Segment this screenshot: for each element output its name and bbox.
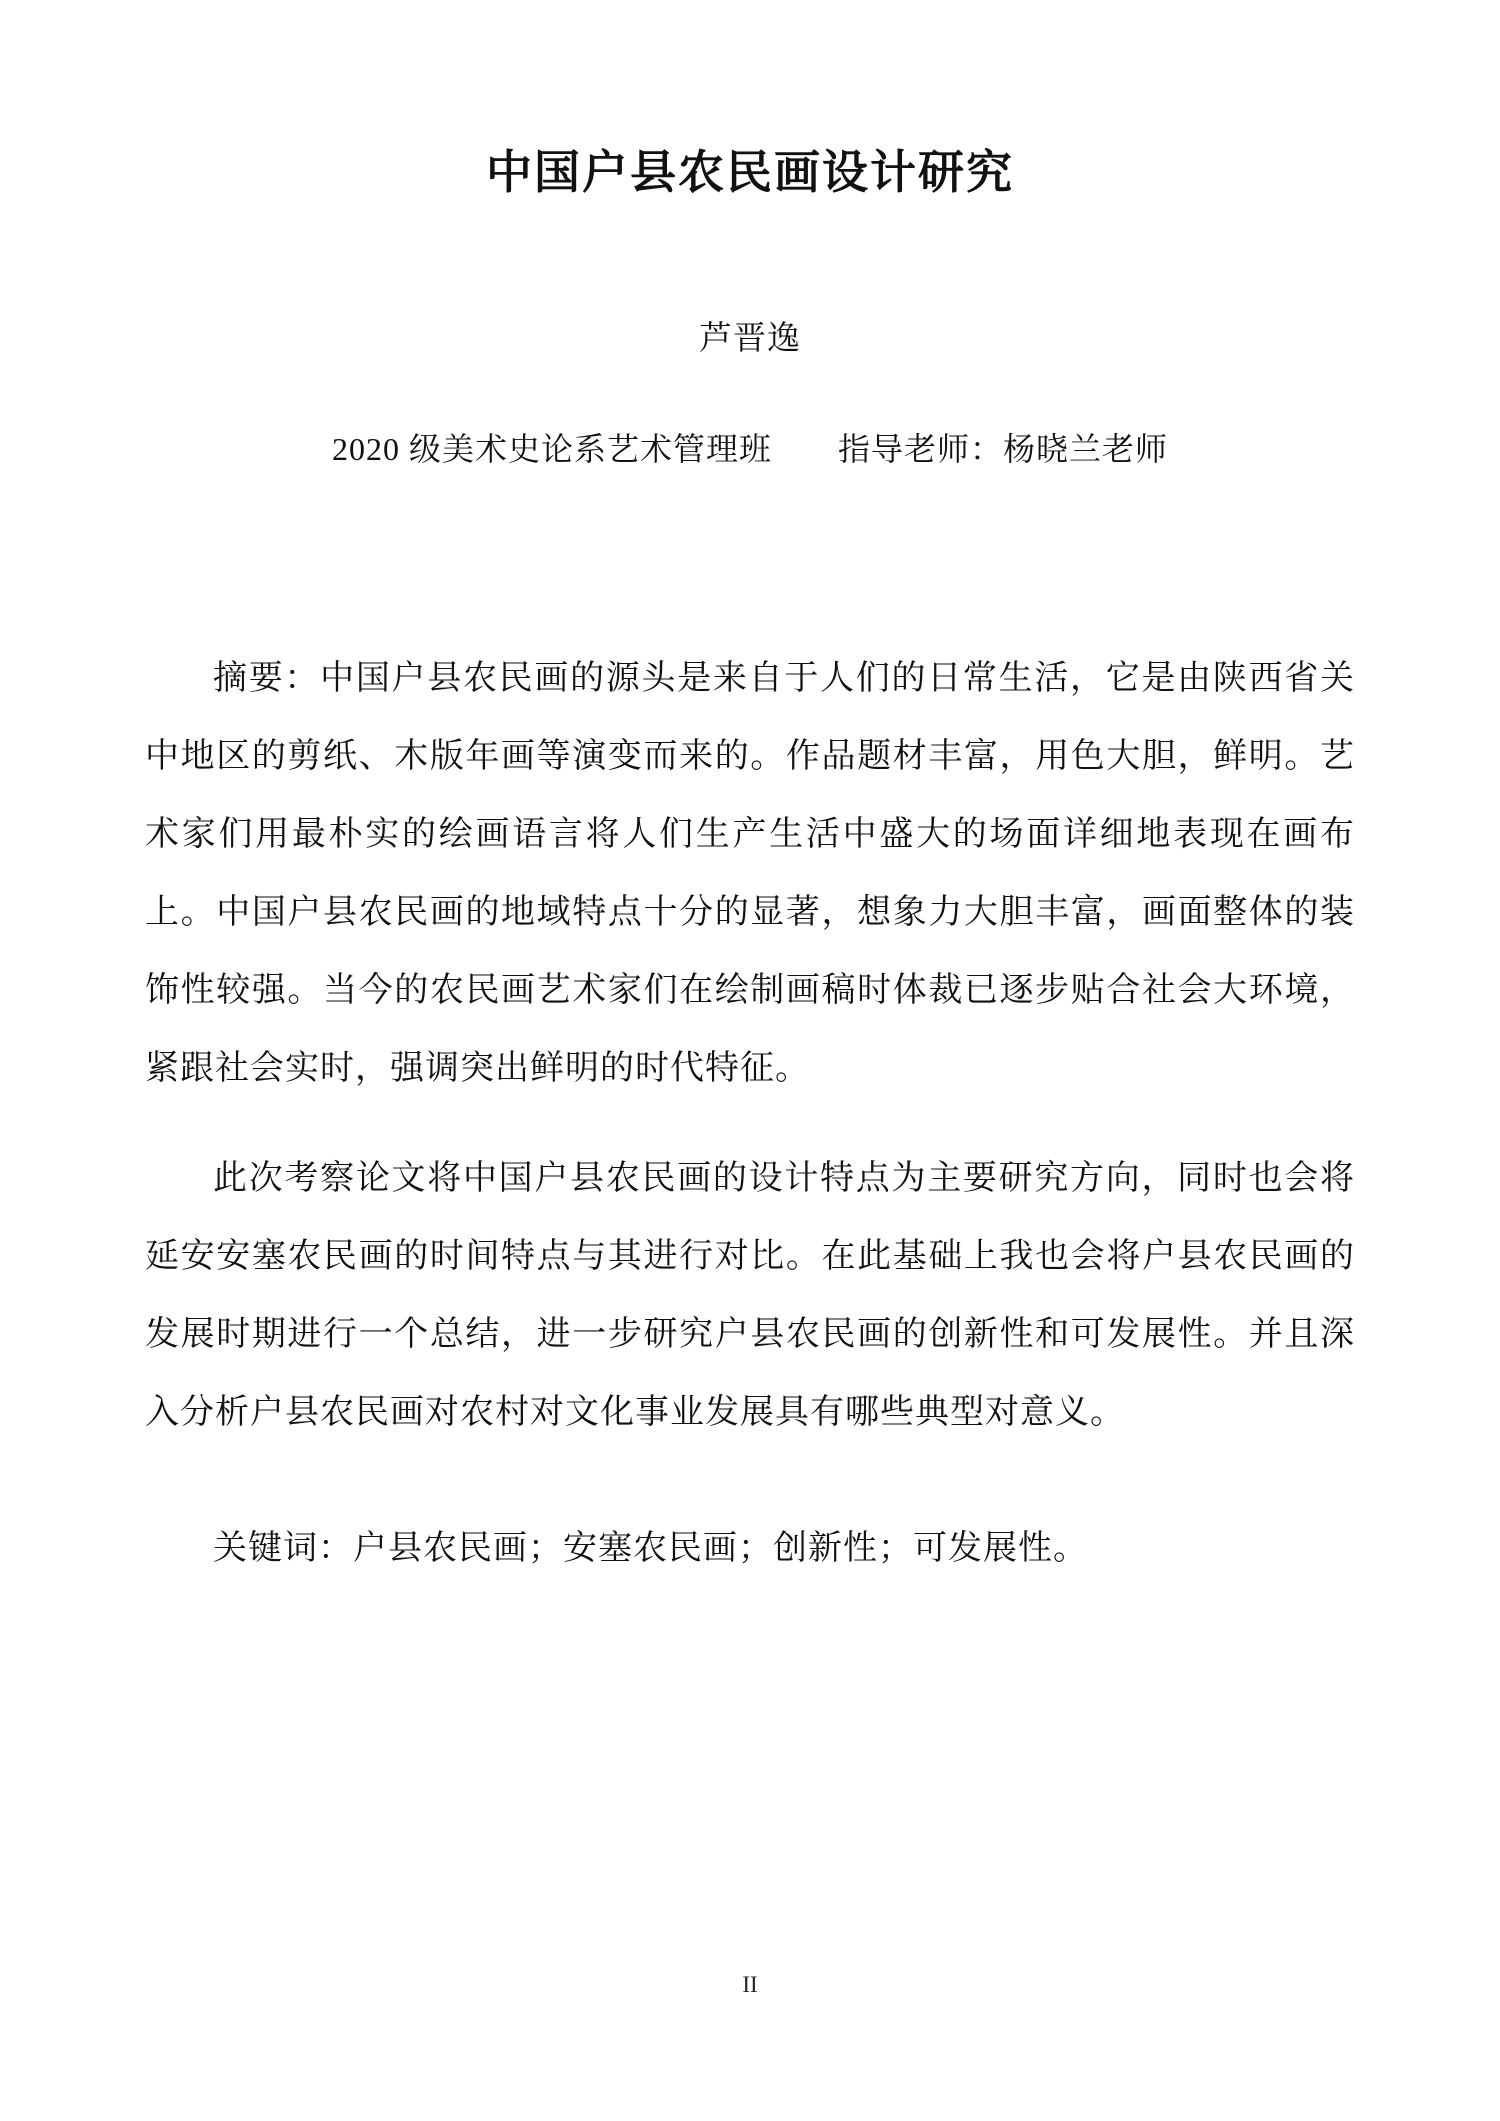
keywords-line: 关键词：户县农民画；安塞农民画；创新性；可发展性。 [145,1510,1355,1588]
page-number: II [0,1972,1500,1998]
abstract-paragraph-1: 摘要：中国户县农民画的源头是来自于人们的日常生活，它是由陕西省关中地区的剪纸、木… [145,640,1355,1108]
class-and-advisor-line: 2020 级美术史论系艺术管理班 指导老师：杨晓兰老师 [0,424,1500,470]
document-title: 中国户县农民画设计研究 [0,136,1500,202]
document-page: 中国户县农民画设计研究 芦晋逸 2020 级美术史论系艺术管理班 指导老师：杨晓… [0,0,1500,2121]
abstract-section: 摘要：中国户县农民画的源头是来自于人们的日常生活，它是由陕西省关中地区的剪纸、木… [145,640,1355,1588]
author-name: 芦晋逸 [0,312,1500,359]
abstract-paragraph-2: 此次考察论文将中国户县农民画的设计特点为主要研究方向，同时也会将延安安塞农民画的… [145,1140,1355,1452]
